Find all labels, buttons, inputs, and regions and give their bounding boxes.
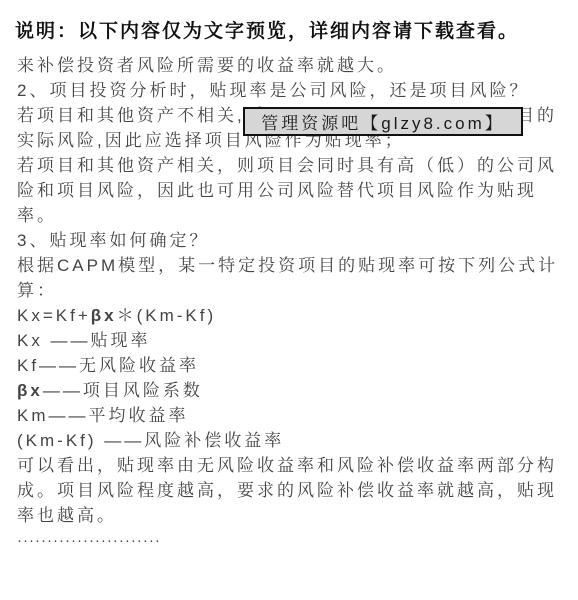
text-segment: 根据CAPM模型，某一特定投资项目的贴现率可按下列公式计 bbox=[17, 256, 558, 275]
text-segment: 成。项目风险程度越高，要求的风险补偿收益率就越高，贴现 bbox=[17, 481, 557, 500]
text-segment: 率也越高。 bbox=[17, 506, 117, 525]
text-segment: 险和项目风险，因此也可用公司风险替代项目风险作为贴现 bbox=[17, 181, 537, 200]
text-line: 若项目和其他资产相关，则项目会同时具有高（低）的公司风 bbox=[17, 153, 578, 178]
covered-text-fragment: 目的 bbox=[517, 103, 557, 128]
text-segment: 若项目和其他资产不相关,则 bbox=[17, 106, 265, 125]
text-segment: Kx ——贴现率 bbox=[17, 331, 151, 350]
text-line: Kx=Kf+βx＊(Km-Kf) bbox=[17, 303, 578, 328]
text-segment: Kx=Kf+ bbox=[17, 306, 91, 325]
text-segment: Kf——无风险收益率 bbox=[17, 356, 199, 375]
text-line: 险和项目风险，因此也可用公司风险替代项目风险作为贴现 bbox=[17, 178, 578, 203]
watermark-label: 管理资源吧【glzy8.com】 bbox=[261, 109, 505, 134]
text-line: Kf——无风险收益率 bbox=[17, 353, 578, 378]
text-line: (Km-Kf) ——风险补偿收益率 bbox=[17, 428, 578, 453]
text-segment: 算： bbox=[17, 281, 57, 300]
ellipsis-row: ························ bbox=[17, 528, 161, 553]
formula-symbol: βx bbox=[91, 306, 117, 325]
text-line: Km——平均收益率 bbox=[17, 403, 578, 428]
text-line: 3、贴现率如何确定？ bbox=[17, 228, 578, 253]
formula-symbol: βx bbox=[17, 381, 43, 400]
text-line: Kx ——贴现率 bbox=[17, 328, 578, 353]
text-line: 率。 bbox=[17, 203, 578, 228]
text-line: 来补偿投资者风险所需要的收益率就越大。 bbox=[17, 53, 578, 78]
text-segment: ——项目风险系数 bbox=[43, 381, 203, 400]
text-line: βx——项目风险系数 bbox=[17, 378, 578, 403]
text-segment: Km——平均收益率 bbox=[17, 406, 189, 425]
text-line: 可以看出，贴现率由无风险收益率和风险补偿收益率两部分构 bbox=[17, 453, 578, 478]
text-segment: 来补偿投资者风险所需要的收益率就越大。 bbox=[17, 56, 397, 75]
text-line: 2、项目投资分析时，贴现率是公司风险，还是项目风险？ bbox=[17, 78, 578, 103]
text-segment: 3、贴现率如何确定？ bbox=[17, 231, 209, 250]
watermark-box: 管理资源吧【glzy8.com】 bbox=[243, 107, 523, 136]
text-segment: 若项目和其他资产相关，则项目会同时具有高（低）的公司风 bbox=[17, 156, 557, 175]
text-line: 根据CAPM模型，某一特定投资项目的贴现率可按下列公式计 bbox=[17, 253, 578, 278]
text-line: 成。项目风险程度越高，要求的风险补偿收益率就越高，贴现 bbox=[17, 478, 578, 503]
text-segment: (Km-Kf) ——风险补偿收益率 bbox=[17, 431, 284, 450]
text-segment: ＊(Km-Kf) bbox=[117, 306, 217, 325]
text-line: 算： bbox=[17, 278, 578, 303]
preview-notice: 说明：以下内容仅为文字预览，详细内容请下载查看。 bbox=[15, 16, 519, 43]
text-segment: 可以看出，贴现率由无风险收益率和风险补偿收益率两部分构 bbox=[17, 456, 557, 475]
text-segment: 2、项目投资分析时，贴现率是公司风险，还是项目风险？ bbox=[17, 81, 529, 100]
text-segment: 率。 bbox=[17, 206, 57, 225]
text-line: 率也越高。 bbox=[17, 503, 578, 528]
